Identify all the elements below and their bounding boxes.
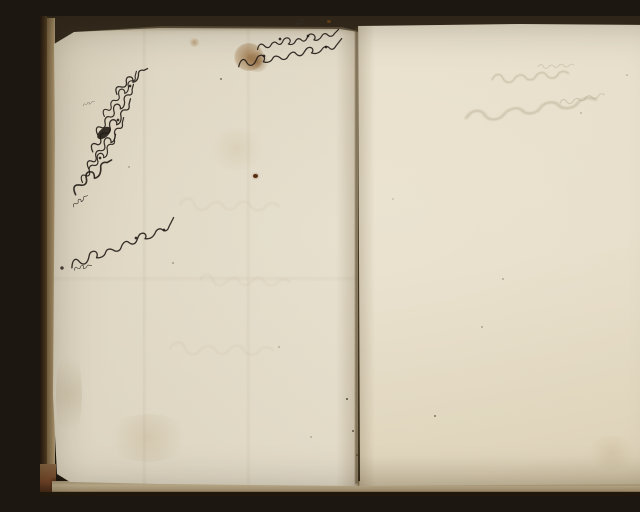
photo-vignette: [40, 16, 640, 496]
manuscript-photo: [40, 16, 640, 496]
